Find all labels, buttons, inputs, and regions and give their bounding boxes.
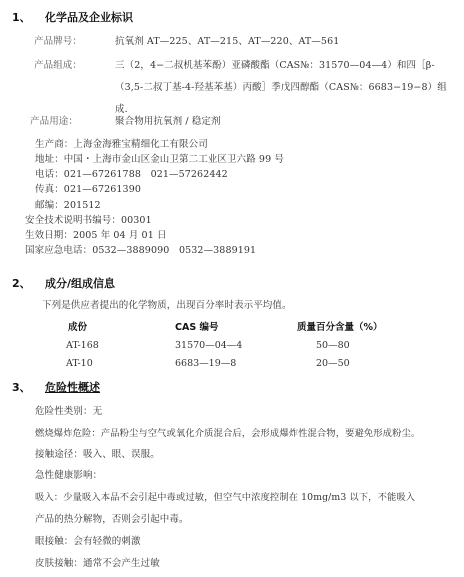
section-1-heading: 1、化学品及企业标识 [12, 9, 133, 25]
hazard-class: 危险性类别：无 [35, 403, 102, 417]
section-number: 1、 [12, 9, 45, 25]
exposure-route: 接触途径：吸入、眼、误服。 [35, 446, 160, 460]
field-label-usage: 产品用途： [30, 113, 78, 127]
section-2-heading: 2、成分/组成信息 [12, 275, 115, 291]
emergency-phone: 国家应急电话：0532—3889090 0532—3889191 [25, 242, 256, 256]
phone: 电话：021—67261788 021—57262442 [35, 166, 228, 180]
composition-line-1: 三（2，4−二叔机基苯酚）亚磷酸酯（CAS№：31570—04—4）和四［β- [115, 57, 435, 71]
section-title: 化学品及企业标识 [45, 11, 133, 24]
inhalation-line-1: 吸入：少量吸入本品不会引起中毒或过敏，但空气中浓度控制在 10mg/m3 以下，… [35, 489, 415, 503]
cell-mass-percent: 20—50 [316, 358, 350, 369]
section-title: 危险性概述 [45, 381, 100, 394]
effective-date: 生效日期：2005 年 04 月 01 日 [25, 227, 167, 241]
cell-component: AT-168 [66, 340, 99, 351]
cell-cas: 31570—04—4 [175, 340, 242, 351]
fax: 传真：021—67261390 [35, 181, 141, 195]
field-label-brand: 产品牌号： [34, 33, 82, 47]
table-header-mass-percent: 质量百分含量（%） [297, 319, 383, 333]
section-title: 成分/组成信息 [45, 277, 115, 290]
eye-contact: 眼接触：会有轻微的刺激 [35, 533, 141, 547]
cell-cas: 6683—19—8 [175, 358, 236, 369]
table-header-component: 成份 [68, 319, 87, 333]
inhalation-line-2: 产品的热分解物，否则会引起中毒。 [35, 511, 189, 525]
section-2-intro: 下列是供应者提出的化学物质，出现百分率时表示平均值。 [42, 297, 292, 311]
skin-contact: 皮肤接触：通常不会产生过敏 [35, 555, 160, 569]
table-header-cas: CAS 编号 [175, 319, 218, 333]
field-value-brand: 抗氧剂 AT—225、AT—215、AT—220、AT—561 [115, 33, 339, 47]
msds-number: 安全技术说明书编号：00301 [25, 212, 152, 226]
cell-component: AT-10 [66, 358, 93, 369]
section-number: 2、 [12, 275, 45, 291]
manufacturer: 生产商：上海金海雅宝精细化工有限公司 [35, 136, 208, 150]
address: 地址：中国・上海市金山区金山卫第二工业区卫六路 99 号 [35, 151, 284, 165]
section-3-heading: 3、危险性概述 [12, 379, 100, 395]
field-value-usage: 聚合物用抗氧剂 / 稳定剂 [115, 113, 221, 127]
section-number: 3、 [12, 379, 45, 395]
cell-mass-percent: 50—80 [316, 340, 350, 351]
fire-explosion-hazard: 燃烧爆炸危险：产品粉尘与空气或氧化介质混合后，会形成爆炸性混合物，要避免形成粉尘… [35, 425, 420, 439]
acute-health-effects: 急性健康影响： [35, 467, 102, 481]
composition-line-2: （3,5-二叔丁基-4-羟基苯基）丙酸］季戊四醇酯（CAS№：6683−19−8… [115, 79, 447, 93]
postcode: 邮编：201512 [35, 197, 101, 211]
field-label-composition: 产品组成： [34, 57, 82, 71]
